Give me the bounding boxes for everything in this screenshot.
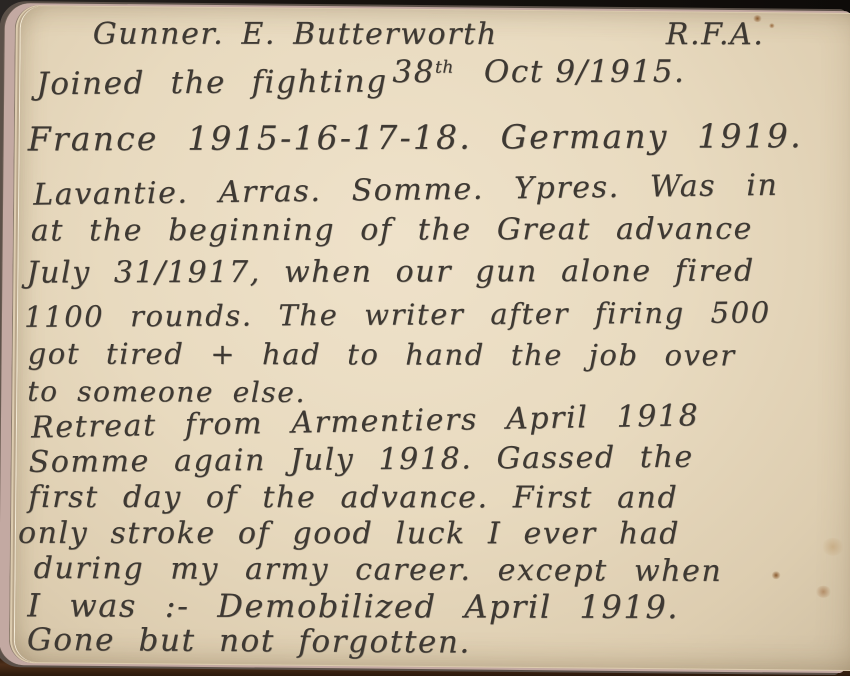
stain-spot: [769, 23, 775, 28]
handwriting-line: got tired + had to hand the job over: [28, 339, 736, 373]
handwriting-line: France 1915-16-17-18. Germany 1919.: [28, 118, 803, 158]
handwriting-line: I was :- Demobilized April 1919.: [27, 588, 679, 625]
handwriting-line-header: Gunner. E. ButterworthR.F.A.: [93, 18, 765, 52]
handwriting-line: only stroke of good luck I ever had: [18, 517, 680, 551]
handwriting-line: during my army career. except when: [34, 552, 723, 588]
stain-spot: [753, 15, 762, 22]
stain-spot: [772, 571, 781, 579]
battery-number: 38: [392, 54, 435, 90]
photo-of-album: Gunner. E. ButterworthR.F.A. Joined the …: [0, 0, 850, 676]
handwriting-line-joined-date: 38thOct 9/1915.: [392, 55, 685, 89]
soldier-rank-name: Gunner. E. Butterworth: [93, 17, 498, 52]
stain-spot: [815, 586, 831, 598]
stain-spot: [822, 538, 844, 556]
handwriting-line: July 31/1917, when our gun alone fired: [26, 255, 754, 290]
handwriting-line: first day of the advance. First and: [28, 481, 678, 515]
handwriting-line-joined-prefix: Joined the fighting: [36, 64, 388, 101]
handwriting-line: at the beginning of the Great advance: [31, 213, 753, 248]
handwriting-line: Gone but not forgotten.: [27, 623, 471, 660]
ordinal-suffix: th: [435, 58, 454, 78]
album-page: Gunner. E. ButterworthR.F.A. Joined the …: [15, 6, 850, 670]
joined-date: Oct 9/1915.: [484, 54, 686, 90]
handwriting-line: Lavantie. Arras. Somme. Ypres. Was in: [33, 169, 779, 212]
handwriting-line: to someone else.: [27, 377, 306, 409]
handwriting-line: Somme again July 1918. Gassed the: [29, 441, 694, 479]
soldier-unit: R.F.A.: [666, 17, 765, 52]
handwriting-line: 1100 rounds. The writer after firing 500: [24, 297, 771, 333]
